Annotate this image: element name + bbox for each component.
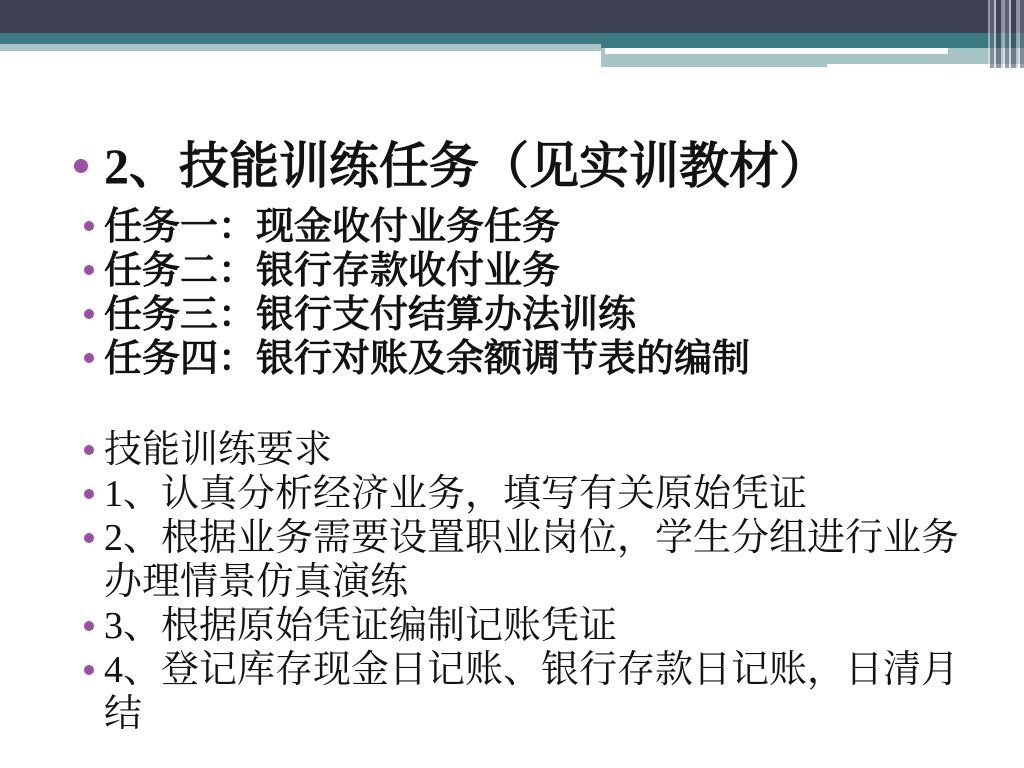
bullet-icon <box>84 353 94 363</box>
bullet-icon <box>84 221 94 231</box>
slide-canvas: 2、技能训练任务（见实训教材） 任务一：现金收付业务任务 任务二：银行存款收付业… <box>0 0 1024 768</box>
list-item-text: 1、认真分析经济业务，填写有关原始凭证 <box>104 473 807 515</box>
list-item-text: 2、根据业务需要设置职业岗位，学生分组进行业务办理情景仿真演练 <box>104 517 959 603</box>
header-white-stripe <box>605 48 948 54</box>
bullet-icon <box>84 665 94 675</box>
list-item-text: 4、登记库存现金日记账、银行存款日记账，日清月结 <box>104 649 959 735</box>
bullet-icon <box>84 621 94 631</box>
bullet-icon <box>84 265 94 275</box>
list-item: 2、根据业务需要设置职业岗位，学生分组进行业务办理情景仿真演练 <box>60 516 966 604</box>
slide-content: 2、技能训练任务（见实训教材） 任务一：现金收付业务任务 任务二：银行存款收付业… <box>60 136 966 736</box>
list-item: 任务三：银行支付结算办法训练 <box>60 292 966 336</box>
bullet-icon <box>84 309 94 319</box>
list-item: 4、登记库存现金日记账、银行存款日记账，日清月结 <box>60 648 966 736</box>
list-item-text: 任务一：现金收付业务任务 <box>104 204 560 248</box>
slide-title-line: 2、技能训练任务（见实训教材） <box>60 136 966 196</box>
list-item: 1、认真分析经济业务，填写有关原始凭证 <box>60 472 966 516</box>
list-item: 任务四：银行对账及余额调节表的编制 <box>60 336 966 380</box>
list-item: 任务一：现金收付业务任务 <box>60 204 966 248</box>
bullet-icon <box>84 445 94 455</box>
header-bar-light-tail <box>601 64 827 67</box>
list-item-text: 3、根据原始凭证编制记账凭证 <box>104 605 617 647</box>
list-item: 任务二：银行存款收付业务 <box>60 248 966 292</box>
list-item: 3、根据原始凭证编制记账凭证 <box>60 604 966 648</box>
list-item-text: 任务二：银行存款收付业务 <box>104 248 560 292</box>
title-bullet-icon <box>74 159 88 173</box>
list-item: 技能训练要求 <box>60 428 966 472</box>
header-bar-light-left <box>0 44 601 51</box>
bullet-icon <box>84 533 94 543</box>
list-item-text: 技能训练要求 <box>104 429 332 471</box>
header-accent-stripes <box>988 0 1024 68</box>
header-bar-dark <box>0 0 1024 33</box>
slide-title: 2、技能训练任务（见实训教材） <box>104 138 829 194</box>
bullet-list: 任务一：现金收付业务任务 任务二：银行存款收付业务 任务三：银行支付结算办法训练… <box>60 204 966 736</box>
header-bar-teal-right <box>601 33 1024 48</box>
header-bar-teal-left <box>0 33 601 44</box>
list-item-text: 任务三：银行支付结算办法训练 <box>104 292 636 336</box>
list-item-text: 任务四：银行对账及余额调节表的编制 <box>104 336 750 380</box>
bullet-icon <box>84 489 94 499</box>
